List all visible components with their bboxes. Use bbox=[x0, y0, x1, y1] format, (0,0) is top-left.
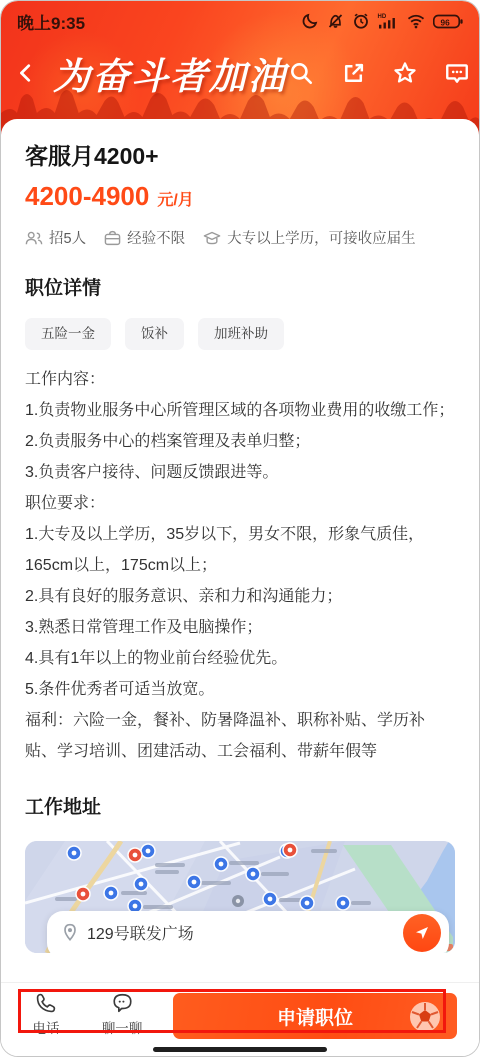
address-heading: 工作地址 bbox=[25, 795, 455, 821]
description-line: 5.条件优秀者可适当放宽。 bbox=[25, 674, 455, 705]
briefcase-icon bbox=[104, 230, 121, 246]
experience-meta: 经验不限 bbox=[104, 227, 185, 248]
people-icon bbox=[25, 230, 43, 246]
benefit-tag: 五险一金 bbox=[25, 318, 111, 350]
description-line: 3.熟悉日常管理工作及电脑操作； bbox=[25, 612, 455, 643]
description-line: 工作内容： bbox=[25, 364, 455, 395]
job-title: 客服月4200+ bbox=[25, 141, 455, 171]
svg-text:HD: HD bbox=[378, 14, 387, 20]
salary-row: 4200-4900 元/月 bbox=[25, 179, 455, 213]
education-text: 大专以上学历，可接收应届生 bbox=[227, 227, 416, 248]
navigation-arrow-icon bbox=[413, 924, 431, 942]
search-icon bbox=[288, 60, 314, 86]
chat-label: 聊一聊 bbox=[102, 1017, 143, 1037]
message-button[interactable] bbox=[443, 59, 471, 87]
details-heading: 职位详情 bbox=[25, 276, 455, 302]
location-pin-icon bbox=[61, 923, 79, 943]
share-icon bbox=[341, 61, 366, 86]
salary-range: 4200-4900 bbox=[25, 179, 149, 213]
navigate-button[interactable] bbox=[403, 914, 441, 952]
phone-button[interactable]: 电话 bbox=[15, 992, 77, 1037]
headcount-meta: 招5人 bbox=[25, 227, 86, 248]
benefit-tag: 饭补 bbox=[125, 318, 184, 350]
search-button[interactable] bbox=[287, 59, 315, 87]
share-button[interactable] bbox=[339, 59, 367, 87]
nav-actions bbox=[287, 59, 477, 87]
job-meta-row: 招5人 经验不限 大专以上学历，可接收应届生 bbox=[25, 227, 455, 248]
description-line: 4.具有1年以上的物业前台经验优先。 bbox=[25, 643, 455, 674]
graduation-icon bbox=[203, 230, 221, 246]
description-line: 1.大专及以上学历，35岁以下，男女不限，形象气质佳，165cm以上，175cm… bbox=[25, 519, 455, 581]
chat-bubble-icon bbox=[111, 992, 134, 1014]
location-pin-icon bbox=[232, 895, 244, 907]
description-line: 福利：六险一金，餐补、防暑降温补、职称补贴、学历补贴、学习培训、团建活动、工会福… bbox=[25, 705, 455, 767]
apply-label: 申请职位 bbox=[277, 1003, 353, 1030]
description-line: 1.负责物业服务中心所管理区域的各项物业费用的收缴工作； bbox=[25, 395, 455, 426]
status-time: 晚上9:35 bbox=[17, 9, 85, 34]
svg-text:96: 96 bbox=[441, 18, 451, 27]
comment-icon bbox=[444, 60, 470, 86]
chat-button[interactable]: 聊一聊 bbox=[91, 992, 153, 1037]
phone-screen: 晚上9:35 HD bbox=[0, 0, 480, 1057]
benefit-tags: 五险一金饭补加班补助 bbox=[25, 318, 455, 350]
salary-unit: 元/月 bbox=[157, 187, 193, 210]
address-text: 129号联发广场 bbox=[87, 921, 403, 944]
battery-icon: 96 bbox=[433, 13, 463, 30]
map[interactable]: 129号联发广场 bbox=[25, 841, 455, 953]
job-description: 工作内容：1.负责物业服务中心所管理区域的各项物业费用的收缴工作；2.负责服务中… bbox=[25, 364, 455, 767]
favorite-button[interactable] bbox=[391, 59, 419, 87]
back-button[interactable] bbox=[15, 56, 37, 90]
bar-actions: 电话 聊一聊 申请职位 bbox=[1, 988, 479, 1040]
status-icons: HD 96 bbox=[301, 12, 463, 30]
star-icon bbox=[392, 60, 418, 86]
content-sheet: 客服月4200+ 4200-4900 元/月 招5人 bbox=[1, 119, 479, 1056]
home-indicator[interactable] bbox=[153, 1047, 327, 1052]
education-meta: 大专以上学历，可接收应届生 bbox=[203, 227, 416, 248]
phone-icon bbox=[35, 992, 57, 1014]
moon-icon bbox=[301, 12, 319, 30]
app-header: 晚上9:35 HD bbox=[1, 1, 479, 135]
phone-label: 电话 bbox=[33, 1017, 60, 1037]
description-line: 2.负责服务中心的档案管理及表单归整； bbox=[25, 426, 455, 457]
benefit-tag: 加班补助 bbox=[198, 318, 284, 350]
page-title: 为奋斗者加油 bbox=[53, 46, 287, 100]
nav-bar: 为奋斗者加油 bbox=[1, 45, 479, 101]
apply-button[interactable]: 申请职位 bbox=[173, 993, 457, 1039]
address-pill[interactable]: 129号联发广场 bbox=[47, 911, 449, 953]
experience-text: 经验不限 bbox=[127, 227, 185, 248]
description-line: 2.具有良好的服务意识、亲和力和沟通能力； bbox=[25, 581, 455, 612]
bell-muted-icon bbox=[326, 12, 345, 30]
description-line: 职位要求： bbox=[25, 488, 455, 519]
wifi-icon bbox=[406, 12, 426, 30]
bottom-action-bar: 电话 聊一聊 申请职位 bbox=[1, 982, 479, 1056]
signal-hd-icon: HD bbox=[377, 12, 399, 30]
status-bar: 晚上9:35 HD bbox=[1, 8, 479, 34]
headcount-text: 招5人 bbox=[49, 227, 86, 248]
alarm-icon bbox=[352, 12, 370, 30]
soccer-ball-icon bbox=[407, 999, 443, 1035]
description-line: 3.负责客户接待、问题反馈跟进等。 bbox=[25, 457, 455, 488]
